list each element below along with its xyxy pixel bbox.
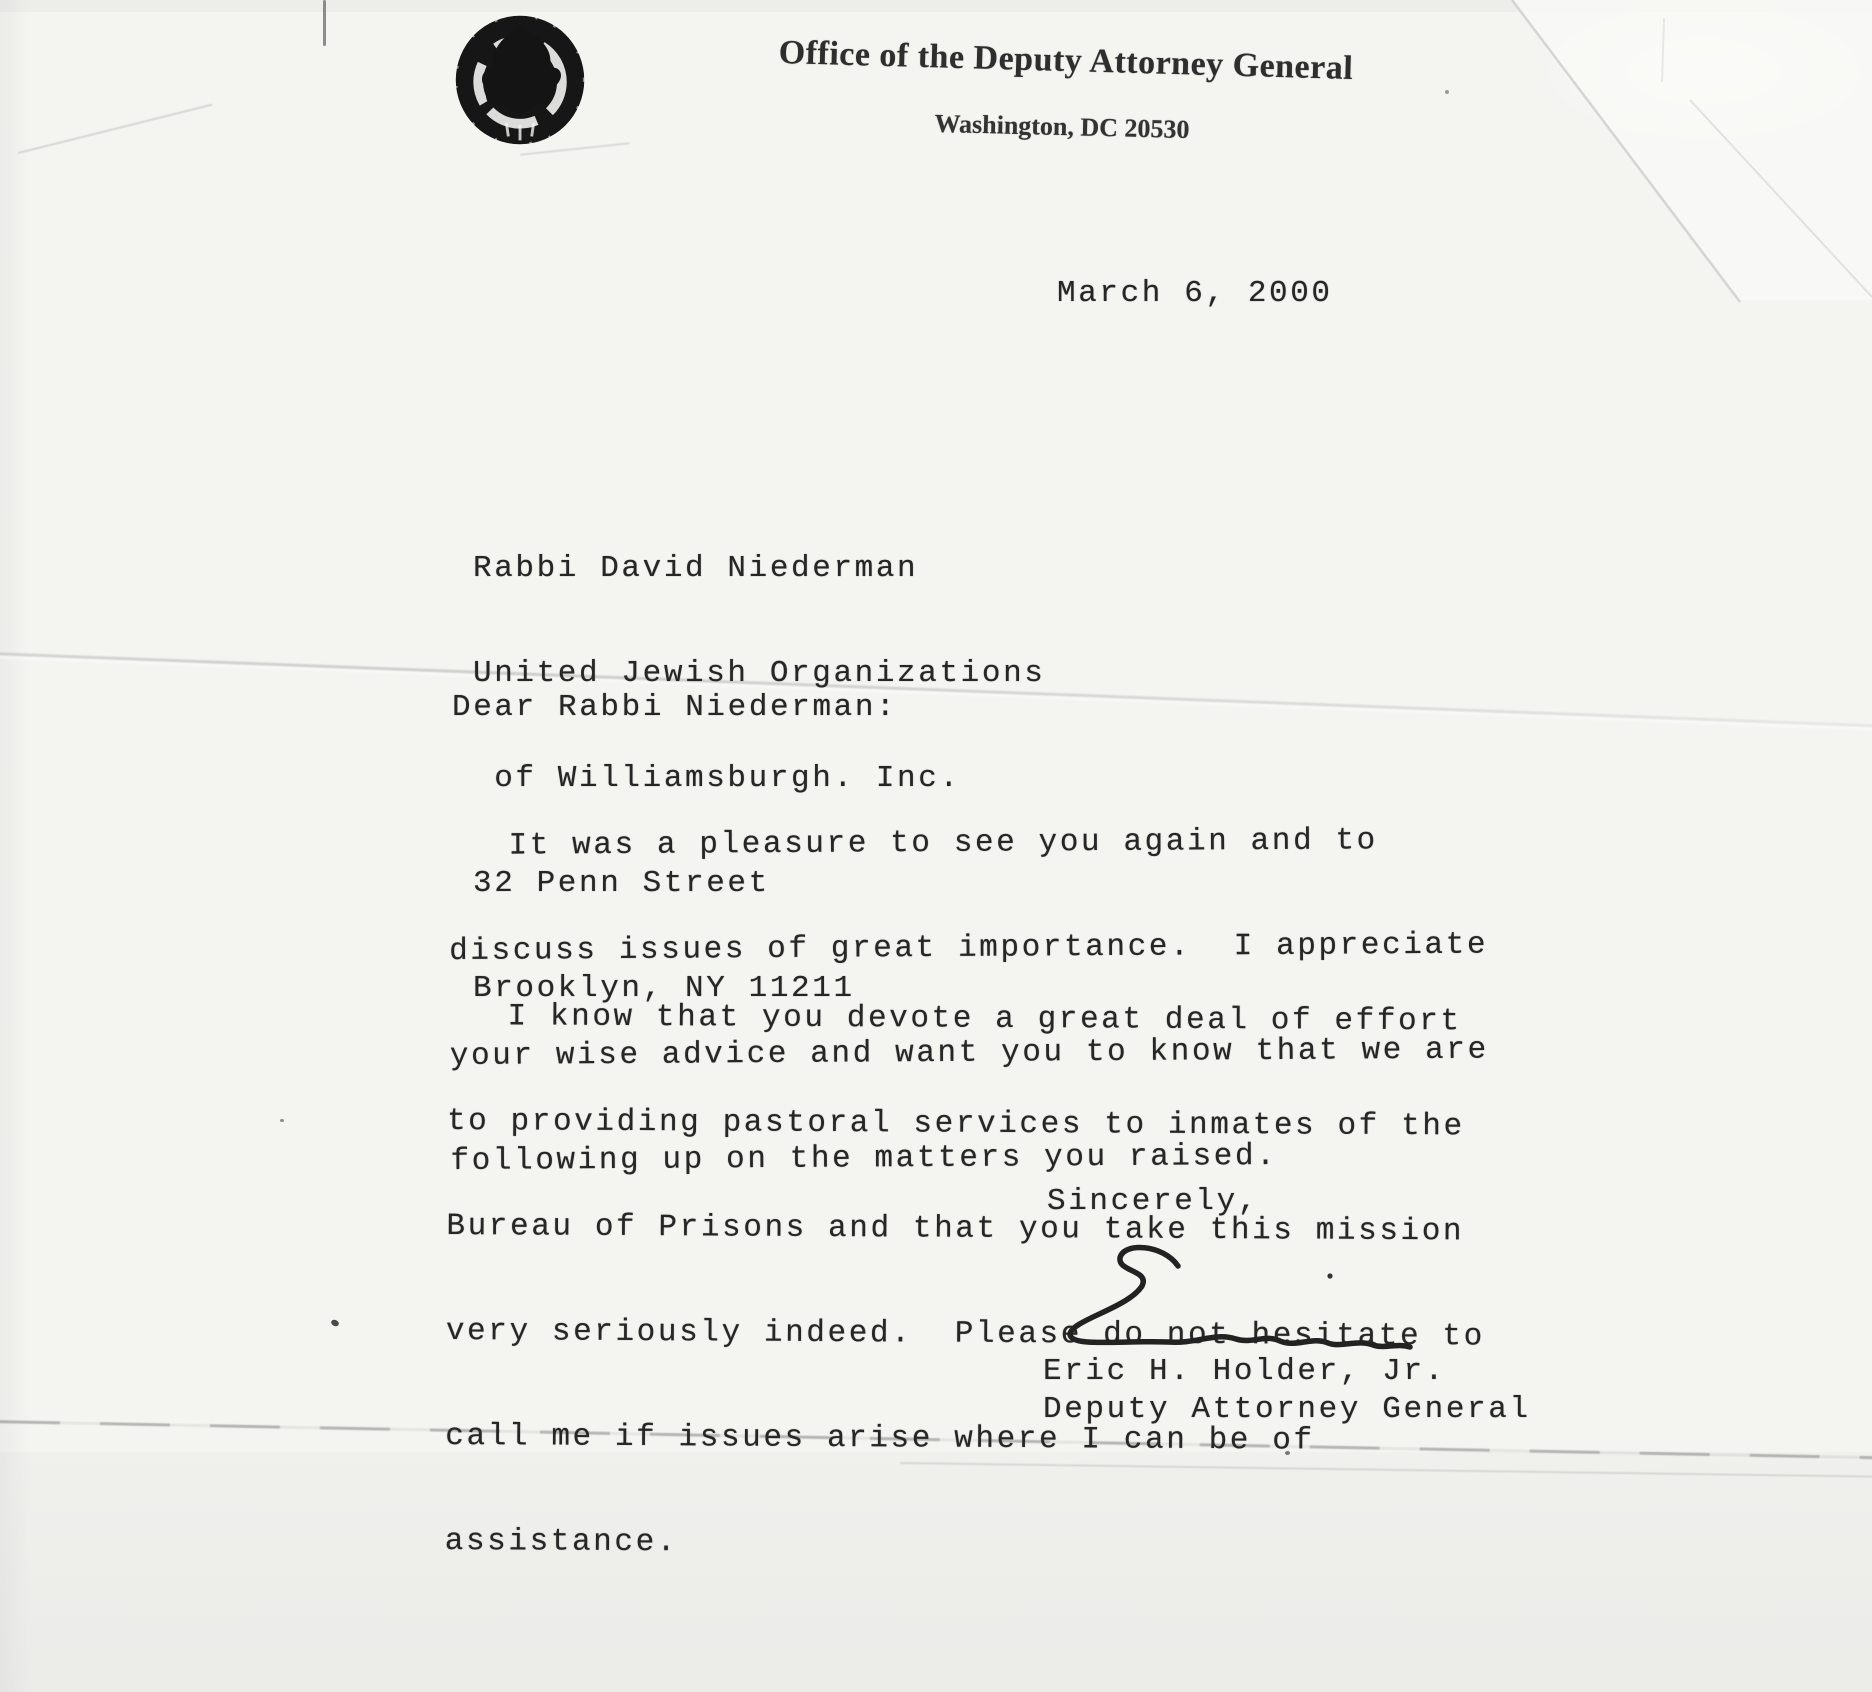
body-line: It was a pleasure to see you again and t… xyxy=(448,823,1487,864)
body-line: to providing pastoral services to inmate… xyxy=(447,1104,1486,1144)
letterhead-address: Washington, DC 20530 xyxy=(880,108,1245,147)
body-line: I know that you devote a great deal of e… xyxy=(447,999,1486,1039)
recipient-line: Rabbi David Niederman xyxy=(473,551,1045,586)
scan-artifact xyxy=(280,1119,284,1122)
scan-artifact xyxy=(323,0,326,46)
body-line: assistance. xyxy=(445,1524,1484,1564)
signature-title: Deputy Attorney General xyxy=(1043,1392,1531,1427)
folded-corner xyxy=(1372,0,1872,320)
signature-name: Eric H. Holder, Jr. xyxy=(1043,1354,1446,1389)
letterhead-office-name: Office of the Deputy Attorney General xyxy=(760,33,1373,88)
date-line: March 6, 2000 xyxy=(1057,276,1333,311)
letter-page: Office of the Deputy Attorney General Wa… xyxy=(0,0,1872,1692)
scan-artifact xyxy=(330,1319,340,1328)
paper-shade-left xyxy=(0,0,30,1692)
handwritten-signature xyxy=(1028,1236,1458,1371)
recipient-line: United Jewish Organizations xyxy=(473,656,1045,691)
paper-crease xyxy=(18,104,213,154)
doj-seal-icon xyxy=(448,6,594,152)
valediction: Sincerely, xyxy=(1047,1184,1259,1219)
salutation: Dear Rabbi Niederman: xyxy=(452,690,897,725)
